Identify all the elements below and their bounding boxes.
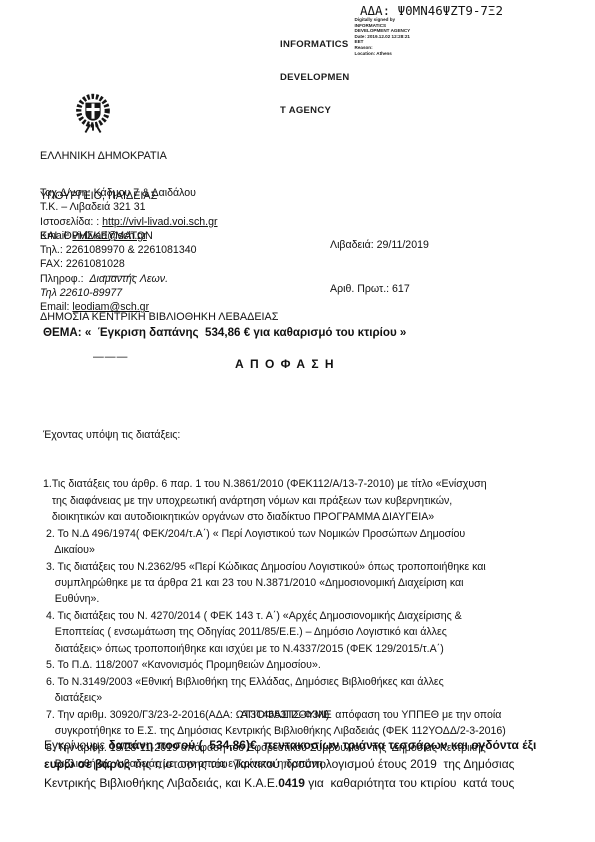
operative-segment: για καθαριότητα του κτιρίου κατά τους	[305, 776, 514, 790]
contact-block: Ταχ.Δ/νση: Κάδμου 7 & ΔαιδάλουΤ.Κ. – Λιβ…	[40, 186, 218, 315]
stamp-signature-details: Digitally signed byINFORMATICSDEVELOPMEN…	[355, 17, 411, 138]
decision-heading: Α Π Ο Φ Α Σ Η	[0, 357, 570, 371]
consideration-line: διοικητικών και αυτοδιοικητικών οργάνων …	[43, 509, 506, 525]
operative-line: Εγκρίνουμε δαπάνη ποσού ( 534,86)€ πεντα…	[44, 736, 536, 755]
contact-line: Τηλ 22610-89977	[40, 286, 218, 300]
consideration-line: της διαφάνειας με την υποχρεωτική ανάρτη…	[43, 493, 506, 509]
operative-line: ευρώ σε βάρος της πίστωσης του Τακτικού …	[44, 755, 536, 774]
signature-line: Location: Athens	[355, 51, 411, 57]
consideration-line: διατάξεις»	[43, 690, 506, 706]
contact-value: Διαμαντής Λεων.	[89, 273, 168, 285]
contact-label: Email:	[40, 230, 72, 242]
operative-segment: Κεντρικής Βιβλιοθήκης Λιβαδειάς, και Κ.Α…	[44, 776, 278, 790]
operative-segment: της πίστωσης του Τακτικού προϋπολογισμού…	[134, 757, 515, 771]
stamp-agency-line: T AGENCY	[280, 105, 350, 116]
preamble: Έχοντας υπόψη τις διατάξεις:	[43, 427, 506, 443]
consideration-line: 3. Τις διατάξεις του Ν.2362/95 «Περί Κώδ…	[43, 559, 506, 575]
consideration-line: Ευθύνη».	[43, 591, 506, 607]
protocol-number: Αριθ. Πρωτ.: 617	[330, 282, 429, 297]
document-meta: Λιβαδειά: 29/11/2019 Αριθ. Πρωτ.: 617	[330, 209, 429, 326]
consideration-line: 6. Το Ν.3149/2003 «Εθνική Βιβλιοθήκη της…	[43, 674, 506, 690]
contact-line: Τηλ.: 2261089970 & 2261081340	[40, 243, 218, 257]
contact-line: Email: leodiam@sch.gr	[40, 300, 218, 314]
document-page: ΑΔΑ: Ψ0ΜΝ46ΨΖΤ9-7Ξ2 INFORMATICS DEVELOPM…	[0, 0, 595, 842]
consideration-line: Δικαίου»	[43, 542, 506, 558]
operative-line: Κεντρικής Βιβλιοθήκης Λιβαδειάς, και Κ.Α…	[44, 774, 536, 793]
email-link-vivlivad[interactable]: vivlivad@sch.gr	[72, 230, 146, 242]
contact-label: Ταχ.Δ/νση: Κάδμου 7 & Δαιδάλου	[40, 187, 196, 199]
contact-label: Ιστοσελίδα: :	[40, 216, 102, 228]
contact-label: Email:	[40, 301, 72, 313]
stamp-agency-name: INFORMATICS DEVELOPMEN T AGENCY	[280, 17, 350, 138]
contact-label: Πληροφ.:	[40, 273, 89, 285]
website-link[interactable]: http://vivl-livad.voi.sch.gr	[102, 216, 217, 228]
consideration-line: 4. Τις διατάξεις του Ν. 4270/2014 ( ΦΕΚ …	[43, 608, 506, 624]
operative-segment: δαπάνη ποσού ( 534,86)€ πεντακοσίων τριά…	[108, 738, 536, 752]
contact-line: Email: vivlivad@sch.gr	[40, 229, 218, 243]
contact-label: Τηλ.: 2261089970 & 2261081340	[40, 244, 197, 256]
operative-heading: ΑΠΟΦΑΣΙΖΟΥΜΕ	[0, 709, 572, 721]
consideration-line: 1.Τις διατάξεις του άρθρ. 6 παρ. 1 του Ν…	[43, 476, 506, 492]
consideration-line: διατάξεις» όπως τροποποιήθηκε και ισχύει…	[43, 641, 506, 657]
state-title: ΕΛΛΗΝΙΚΗ ΔΗΜΟΚΡΑΤΙΑ	[40, 150, 278, 163]
digital-signature-stamp: INFORMATICS DEVELOPMEN T AGENCY Digitall…	[280, 17, 410, 138]
operative-paragraph: Εγκρίνουμε δαπάνη ποσού ( 534,86)€ πεντα…	[44, 736, 536, 793]
contact-label: Τηλ 22610-89977	[40, 287, 122, 299]
place-date: Λιβαδειά: 29/11/2019	[330, 238, 429, 253]
operative-segment: Εγκρίνουμε	[44, 738, 108, 752]
email-link-leodiam[interactable]: leodiam@sch.gr	[72, 301, 149, 313]
consideration-line: 2. Το Ν.Δ 496/1974( ΦΕΚ/204/τ.Α΄) « Περί…	[43, 526, 506, 542]
contact-line: Τ.Κ. – Λιβαδειά 321 31	[40, 200, 218, 214]
contact-label: FAX: 2261081028	[40, 258, 125, 270]
stamp-agency-line: DEVELOPMEN	[280, 72, 350, 83]
stamp-agency-line: INFORMATICS	[280, 39, 350, 50]
consideration-line: Εποπτείας ( ενσωμάτωση της Οδηγίας 2011/…	[43, 624, 506, 640]
contact-line: FAX: 2261081028	[40, 257, 218, 271]
contact-line: Ιστοσελίδα: : http://vivl-livad.voi.sch.…	[40, 215, 218, 229]
contact-line: Πληροφ.: Διαμαντής Λεων.	[40, 272, 218, 286]
greek-coat-of-arms-icon	[74, 92, 112, 135]
emblem-wrap	[56, 79, 278, 123]
operative-segment: ευρώ σε βάρος	[44, 757, 134, 771]
subject-line: ΘΕΜΑ: « Έγκριση δαπάνης 534,86 € για καθ…	[43, 326, 406, 339]
consideration-line: συμπληρώθηκε με τα άρθρα 21 και 23 του Ν…	[43, 575, 506, 591]
signature-line: DEVELOPMENT AGENCY	[355, 28, 411, 34]
ada-number: ΑΔΑ: Ψ0ΜΝ46ΨΖΤ9-7Ξ2	[360, 3, 503, 18]
consideration-line: 5. Το Π.Δ. 118/2007 «Κανονισμός Προμηθει…	[43, 657, 506, 673]
contact-label: Τ.Κ. – Λιβαδειά 321 31	[40, 201, 146, 213]
operative-segment: 0419	[278, 776, 305, 790]
contact-line: Ταχ.Δ/νση: Κάδμου 7 & Δαιδάλου	[40, 186, 218, 200]
